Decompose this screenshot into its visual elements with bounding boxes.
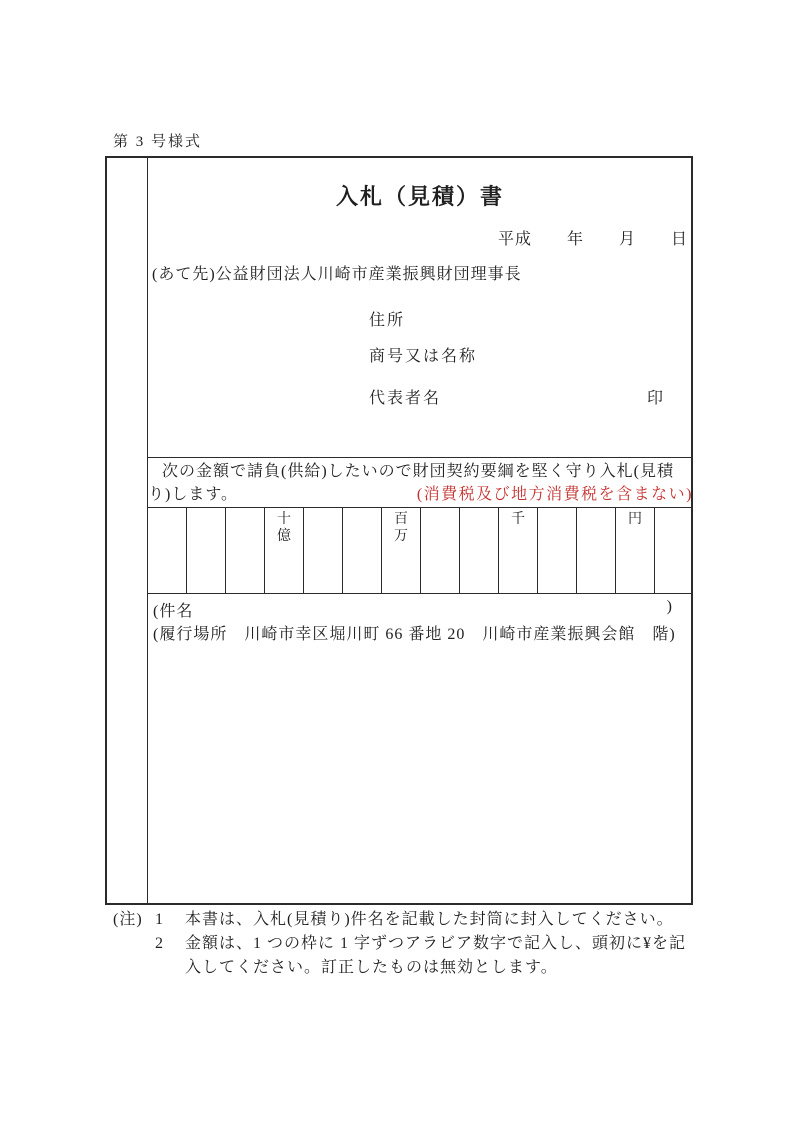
footnote-2-number: 2: [155, 932, 185, 956]
footnotes: (注) 1 本書は、入札(見積り)件名を記載した封筒に封入してください。 2 金…: [113, 908, 686, 980]
address-field-label: 住所: [369, 307, 405, 330]
amount-digit-cell: [421, 508, 460, 593]
subject-open-paren: (件名: [153, 598, 193, 621]
declaration-line-2: り)します。 (消費税及び地方消費税を含まない): [148, 483, 693, 506]
footnote-2-text-line-1: 金額は、1 つの枠に 1 字ずつアラビア数字で記入し、頭初に¥を記: [185, 932, 686, 956]
amount-digit-cell: [655, 508, 693, 593]
amount-digit-cell: [187, 508, 226, 593]
footnote-marker: (注): [113, 908, 155, 932]
footnote-1-number: 1: [155, 908, 185, 932]
amount-digit-cell: [343, 508, 382, 593]
footnote-row-3: 入してください。訂正したものは無効とします。: [113, 956, 686, 980]
declaration-paragraph: 次の金額で請負(供給)したいので財団契約要綱を堅く守り入札(見積 り)します。 …: [148, 460, 693, 506]
amount-digit-cell: [304, 508, 343, 593]
amount-digit-cell: [577, 508, 616, 593]
bid-form-page: 第 3 号様式 入札（見積）書 平成 年 月 日 (あて先)公益財団法人川崎市産…: [0, 0, 800, 1132]
amount-digit-cell: [460, 508, 499, 593]
date-era-label: 平成: [498, 226, 532, 249]
declaration-line-1: 次の金額で請負(供給)したいので財団契約要綱を堅く守り入札(見積: [148, 460, 693, 483]
subject-line: (件名 ): [148, 598, 693, 621]
form-number-label: 第 3 号様式: [113, 130, 202, 151]
date-line: 平成 年 月 日: [147, 226, 693, 249]
footnote-1-text: 本書は、入札(見積り)件名を記載した封筒に封入してください。: [185, 908, 674, 932]
addressee-line: (あて先)公益財団法人川崎市産業振興財団理事長: [152, 261, 522, 284]
date-day-label: 日: [671, 226, 688, 249]
footnote-2-text-line-2: 入してください。訂正したものは無効とします。: [185, 956, 558, 980]
performance-location-line: (履行場所 川崎市幸区堀川町 66 番地 20 川崎市産業振興会館 階): [153, 621, 676, 644]
amount-digit-cell-thousand: 千: [499, 508, 538, 593]
trade-name-field-label: 商号又は名称: [369, 343, 477, 366]
amount-digit-cell: [538, 508, 577, 593]
footnote-row-2: 2 金額は、1 つの枠に 1 字ずつアラビア数字で記入し、頭初に¥を記: [113, 932, 686, 956]
tax-exclusion-note: (消費税及び地方消費税を含まない): [417, 483, 693, 506]
form-outer-box: 入札（見積）書 平成 年 月 日 (あて先)公益財団法人川崎市産業振興財団理事長…: [105, 156, 693, 905]
seal-label: 印: [647, 385, 665, 408]
amount-digit-cell-ten-billion: 十 億: [265, 508, 304, 593]
date-month-label: 月: [619, 226, 636, 249]
footnote-row-1: (注) 1 本書は、入札(見積り)件名を記載した封筒に封入してください。: [113, 908, 686, 932]
subject-close-paren: ): [667, 598, 673, 621]
representative-row: 代表者名 印: [369, 385, 693, 408]
footnote-spacer: [155, 956, 185, 980]
page-title: 入札（見積）書: [147, 180, 693, 211]
amount-digit-grid: 十 億 百 万 千 円: [148, 507, 693, 594]
amount-digit-cell-yen: 円: [616, 508, 655, 593]
representative-field-label: 代表者名: [369, 385, 441, 408]
amount-digit-cell: [226, 508, 265, 593]
amount-digit-cell: [148, 508, 187, 593]
footnote-spacer: [113, 956, 155, 980]
date-year-label: 年: [567, 226, 584, 249]
section-divider: [147, 457, 693, 458]
footnote-spacer: [113, 932, 155, 956]
amount-digit-cell-million: 百 万: [382, 508, 421, 593]
declaration-line-2-left: り)します。: [148, 483, 238, 506]
